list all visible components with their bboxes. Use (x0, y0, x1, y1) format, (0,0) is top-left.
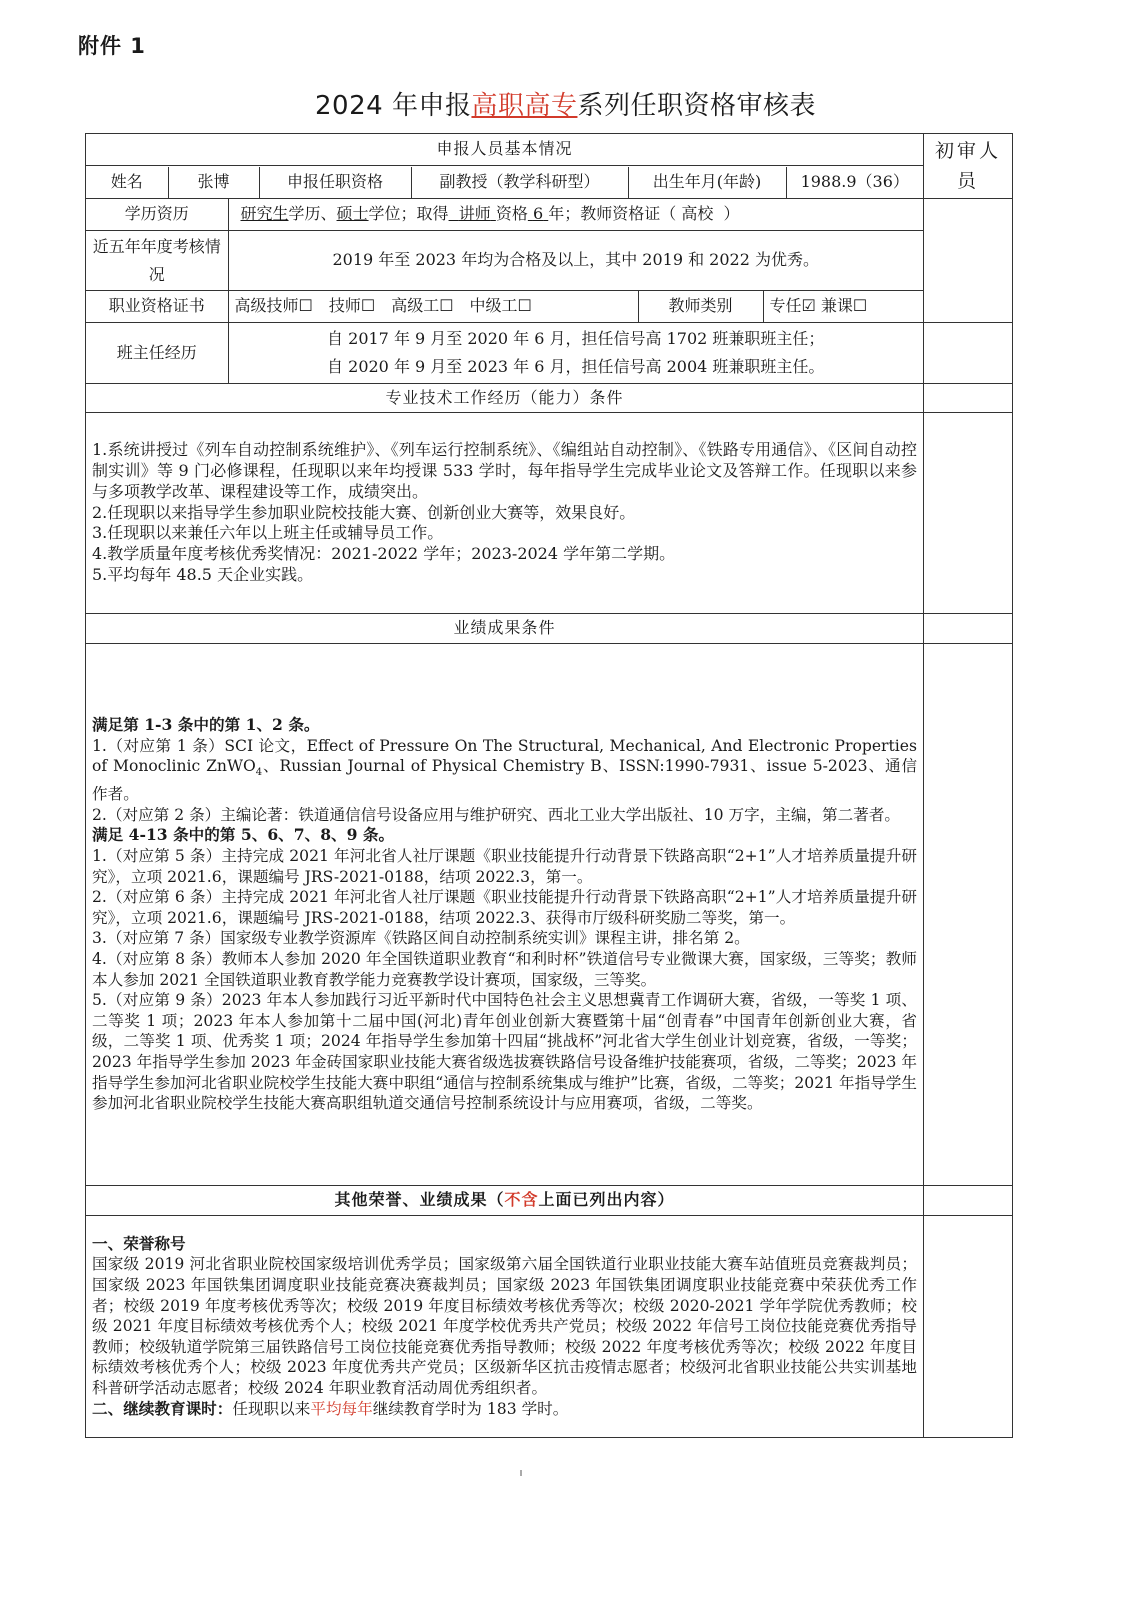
professional-items: 1.系统讲授过《列车自动控制系统维护》、《列车运行控制系统》、《编组站自动控制》… (86, 413, 924, 614)
achievement-group1-heading: 满足第 1-3 条中的第 1、2 条。 (92, 715, 917, 736)
scan-mark (520, 1470, 522, 1476)
page-title: 2024 年申报高职高专系列任职资格审核表 (0, 85, 1131, 122)
certificate-label: 职业资格证书 (86, 291, 228, 322)
professional-item: 3.任现职以来兼任六年以上班主任或辅导员工作。 (92, 523, 917, 544)
achievement-item: 1.（对应第 5 条）主持完成 2021 年河北省人社厅课题《职业技能提升行动背… (92, 846, 917, 887)
achievement-group2-heading: 满足 4-13 条中的第 5、6、7、8、9 条。 (92, 825, 917, 846)
achievement-item: 2.（对应第 6 条）主持完成 2021 年河北省人社厅课题《职业技能提升行动背… (92, 887, 917, 928)
professional-item: 5.平均每年 48.5 天企业实践。 (92, 565, 917, 586)
certificate-row: 职业资格证书 高级技师☐ 技师☐ 高级工☐ 中级工☐ 教师类别 专任☑ 兼课☐ (86, 291, 924, 323)
professional-item: 4.教学质量年度考核优秀奖情况：2021-2022 学年；2023-2024 学… (92, 544, 917, 565)
assessment-value: 2019 年至 2023 年均为合格及以上，其中 2019 和 2022 为优秀… (228, 231, 923, 290)
title-highlight: 高职高专 (471, 91, 577, 121)
achievement-item: 3.（对应第 7 条）国家级专业教学资源库《铁路区间自动控制系统实训》课程主讲，… (92, 928, 917, 949)
review-form-table: 申报人员基本情况 初审人员 姓名 张博 申报任职资格 副教授（教学科研型） 出生… (85, 133, 1013, 1438)
assessment-row: 近五年年度考核情况 2019 年至 2023 年均为合格及以上，其中 2019 … (86, 231, 924, 291)
professional-item: 2.任现职以来指导学生参加职业院校技能大赛、创新创业大赛等，效果良好。 (92, 503, 917, 524)
qualification-label: 申报任职资格 (259, 167, 411, 198)
reviewer-header: 初审人员 (924, 134, 1013, 199)
reviewer-cell-other-header[interactable] (924, 1186, 1013, 1216)
reviewer-cell-professional[interactable] (924, 413, 1013, 614)
title-suffix: 系列任职资格审核表 (577, 91, 816, 121)
reviewer-cell-achievement[interactable] (924, 644, 1013, 1186)
reviewer-cell-other[interactable] (924, 1216, 1013, 1438)
achievement-item: 1.（对应第 1 条）SCI 论文，Effect of Pressure On … (92, 736, 917, 805)
education-value: 研究生学历、硕士学位；取得 讲师 资格 6 年；教师资格证（ 高校 ） (228, 199, 923, 230)
attachment-label: 附件 1 (78, 30, 146, 60)
section-achievement-title: 业绩成果条件 (86, 614, 924, 644)
education-row: 学历资历 研究生学历、硕士学位；取得 讲师 资格 6 年；教师资格证（ 高校 ） (86, 199, 924, 231)
reviewer-cell-basic[interactable] (924, 199, 1013, 323)
reviewer-cell-class-teacher[interactable] (924, 323, 1013, 384)
teacher-type-label: 教师类别 (638, 291, 763, 322)
achievement-item: 2.（对应第 2 条）主编论著：铁道通信信号设备应用与维护研究、西北工业大学出版… (92, 805, 917, 826)
achievement-item: 4.（对应第 8 条）教师本人参加 2020 年全国铁道职业教育“和利时杯”铁道… (92, 949, 917, 990)
birth-value: 1988.9（36） (786, 167, 923, 198)
section-professional-title: 专业技术工作经历（能力）条件 (86, 384, 924, 413)
professional-item: 1.系统讲授过《列车自动控制系统维护》、《列车运行控制系统》、《编组站自动控制》… (92, 440, 917, 502)
title-prefix: 2024 年申报 (315, 91, 471, 121)
assessment-label: 近五年年度考核情况 (86, 231, 228, 290)
name-value: 张博 (168, 167, 259, 198)
certificate-options[interactable]: 高级技师☐ 技师☐ 高级工☐ 中级工☐ (228, 291, 638, 322)
continuing-education: 二、继续教育课时：任现职以来平均每年继续教育学时为 183 学时。 (92, 1399, 917, 1420)
section-basic-info-title: 申报人员基本情况 (86, 134, 924, 166)
education-label: 学历资历 (86, 199, 228, 230)
name-label: 姓名 (86, 167, 168, 198)
class-teacher-row: 班主任经历 自 2017 年 9 月至 2020 年 6 月，担任信号高 170… (86, 323, 924, 384)
other-items: 一、荣誉称号 国家级 2019 河北省职业院校国家级培训优秀学员；国家级第六届全… (86, 1216, 924, 1438)
teacher-type-value[interactable]: 专任☑ 兼课☐ (763, 291, 923, 322)
section-other-title: 其他荣誉、业绩成果（不含上面已列出内容） (86, 1186, 924, 1216)
honors-text: 国家级 2019 河北省职业院校国家级培训优秀学员；国家级第六届全国铁道行业职业… (92, 1254, 917, 1398)
achievement-item: 5.（对应第 9 条）2023 年本人参加践行习近平新时代中国特色社会主义思想冀… (92, 990, 917, 1114)
birth-label: 出生年月(年龄) (628, 167, 786, 198)
reviewer-cell-achievement-header[interactable] (924, 614, 1013, 644)
class-teacher-label: 班主任经历 (86, 323, 228, 383)
reviewer-cell-professional-header[interactable] (924, 384, 1013, 413)
honors-heading: 一、荣誉称号 (92, 1234, 917, 1255)
qualification-value: 副教授（教学科研型） (411, 167, 628, 198)
achievement-items: 满足第 1-3 条中的第 1、2 条。 1.（对应第 1 条）SCI 论文，Ef… (86, 644, 924, 1186)
class-teacher-value: 自 2017 年 9 月至 2020 年 6 月，担任信号高 1702 班兼职班… (228, 323, 923, 383)
name-row: 姓名 张博 申报任职资格 副教授（教学科研型） 出生年月(年龄) 1988.9（… (86, 166, 924, 199)
